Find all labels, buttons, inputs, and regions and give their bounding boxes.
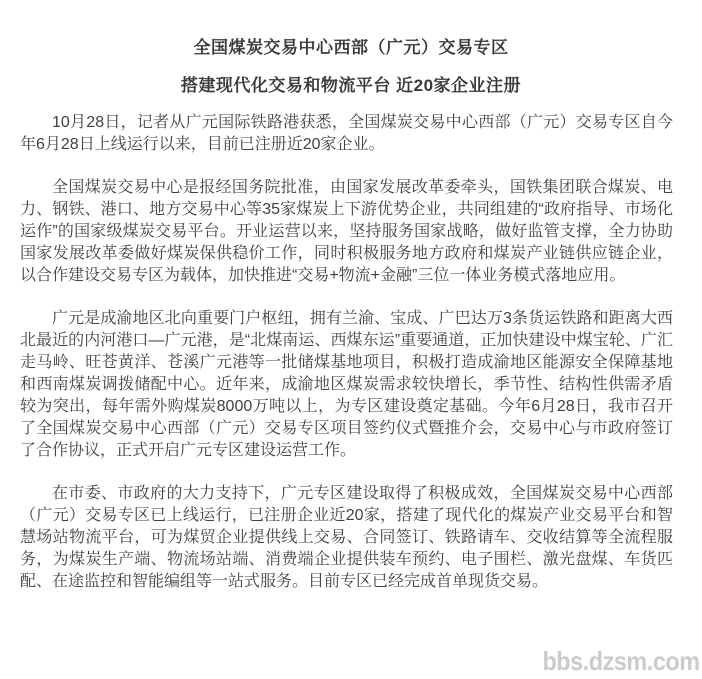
article-paragraph-3: 广元是成渝地区北向重要门户枢纽，拥有兰渝、宝成、广巴达万3条货运铁路和距离大西北… [20, 308, 673, 462]
article-paragraph-4: 在市委、市政府的大力支持下，广元专区建设取得了积极成效，全国煤炭交易中心西部（广… [20, 483, 673, 593]
article-paragraph-2: 全国煤炭交易中心是报经国务院批准，由国家发展改革委牵头，国铁集团联合煤炭、电力、… [20, 177, 673, 287]
article-subtitle: 搭建现代化交易和物流平台 近20家企业注册 [0, 75, 702, 97]
article-paragraph-1: 10月28日，记者从广元国际铁路港获悉，全国煤炭交易中心西部（广元）交易专区自今… [20, 112, 673, 156]
article-body: 10月28日，记者从广元国际铁路港获悉，全国煤炭交易中心西部（广元）交易专区自今… [0, 112, 702, 593]
article-page: 全国煤炭交易中心西部（广元）交易专区 搭建现代化交易和物流平台 近20家企业注册… [0, 0, 702, 679]
site-watermark: bbs.dzsm.com [543, 648, 700, 674]
article-title: 全国煤炭交易中心西部（广元）交易专区 [0, 0, 702, 59]
